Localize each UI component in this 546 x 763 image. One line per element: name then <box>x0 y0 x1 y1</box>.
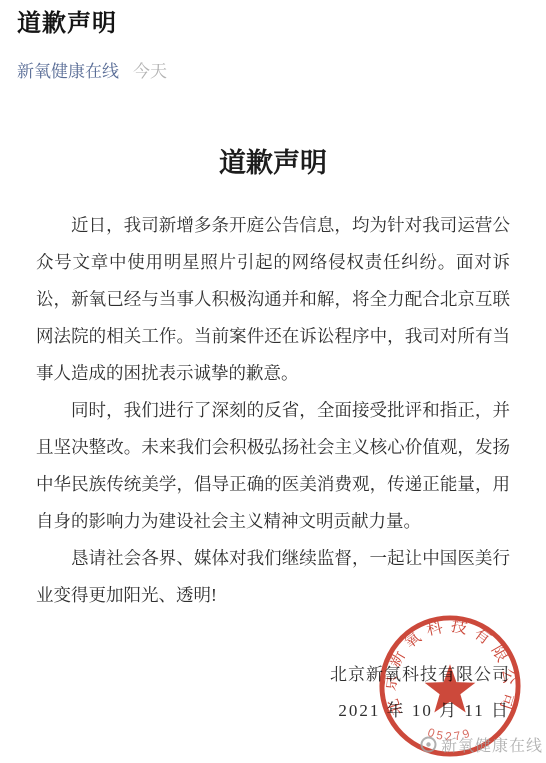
page-title: 道歉声明 <box>17 8 529 40</box>
statement-paragraph-3: 恳请社会各界、媒体对我们继续监督，一起让中国医美行业变得更加阳光、透明! <box>36 540 510 614</box>
watermark-logo-icon <box>420 736 437 753</box>
statement-image[interactable]: 道歉声明 近日，我司新增多条开庭公告信息，均为针对我司运营公众号文章中使用明星照… <box>0 143 546 728</box>
signature-block: 北京新氧科技有限公司 2021 年 10 月 11 日 <box>36 658 510 728</box>
statement-title: 道歉声明 <box>36 143 510 183</box>
statement-paragraph-1: 近日，我司新增多条开庭公告信息，均为针对我司运营公众号文章中使用明星照片引起的网… <box>36 207 510 392</box>
watermark: 新氧健康在线 <box>420 733 543 756</box>
signature-company: 北京新氧科技有限公司 <box>36 658 510 692</box>
timestamp: 今天 <box>133 62 167 81</box>
watermark-text: 新氧健康在线 <box>441 733 543 756</box>
article-header: 道歉声明 新氧健康在线今天 <box>0 0 546 83</box>
signature-date: 2021 年 10 月 11 日 <box>36 694 510 728</box>
account-link[interactable]: 新氧健康在线 <box>17 62 119 81</box>
byline: 新氧健康在线今天 <box>17 61 529 83</box>
statement-paragraph-2: 同时，我们进行了深刻的反省，全面接受批评和指正，并且坚决整改。未来我们会积极弘扬… <box>36 392 510 540</box>
article-page: 道歉声明 新氧健康在线今天 道歉声明 近日，我司新增多条开庭公告信息，均为针对我… <box>0 0 546 763</box>
